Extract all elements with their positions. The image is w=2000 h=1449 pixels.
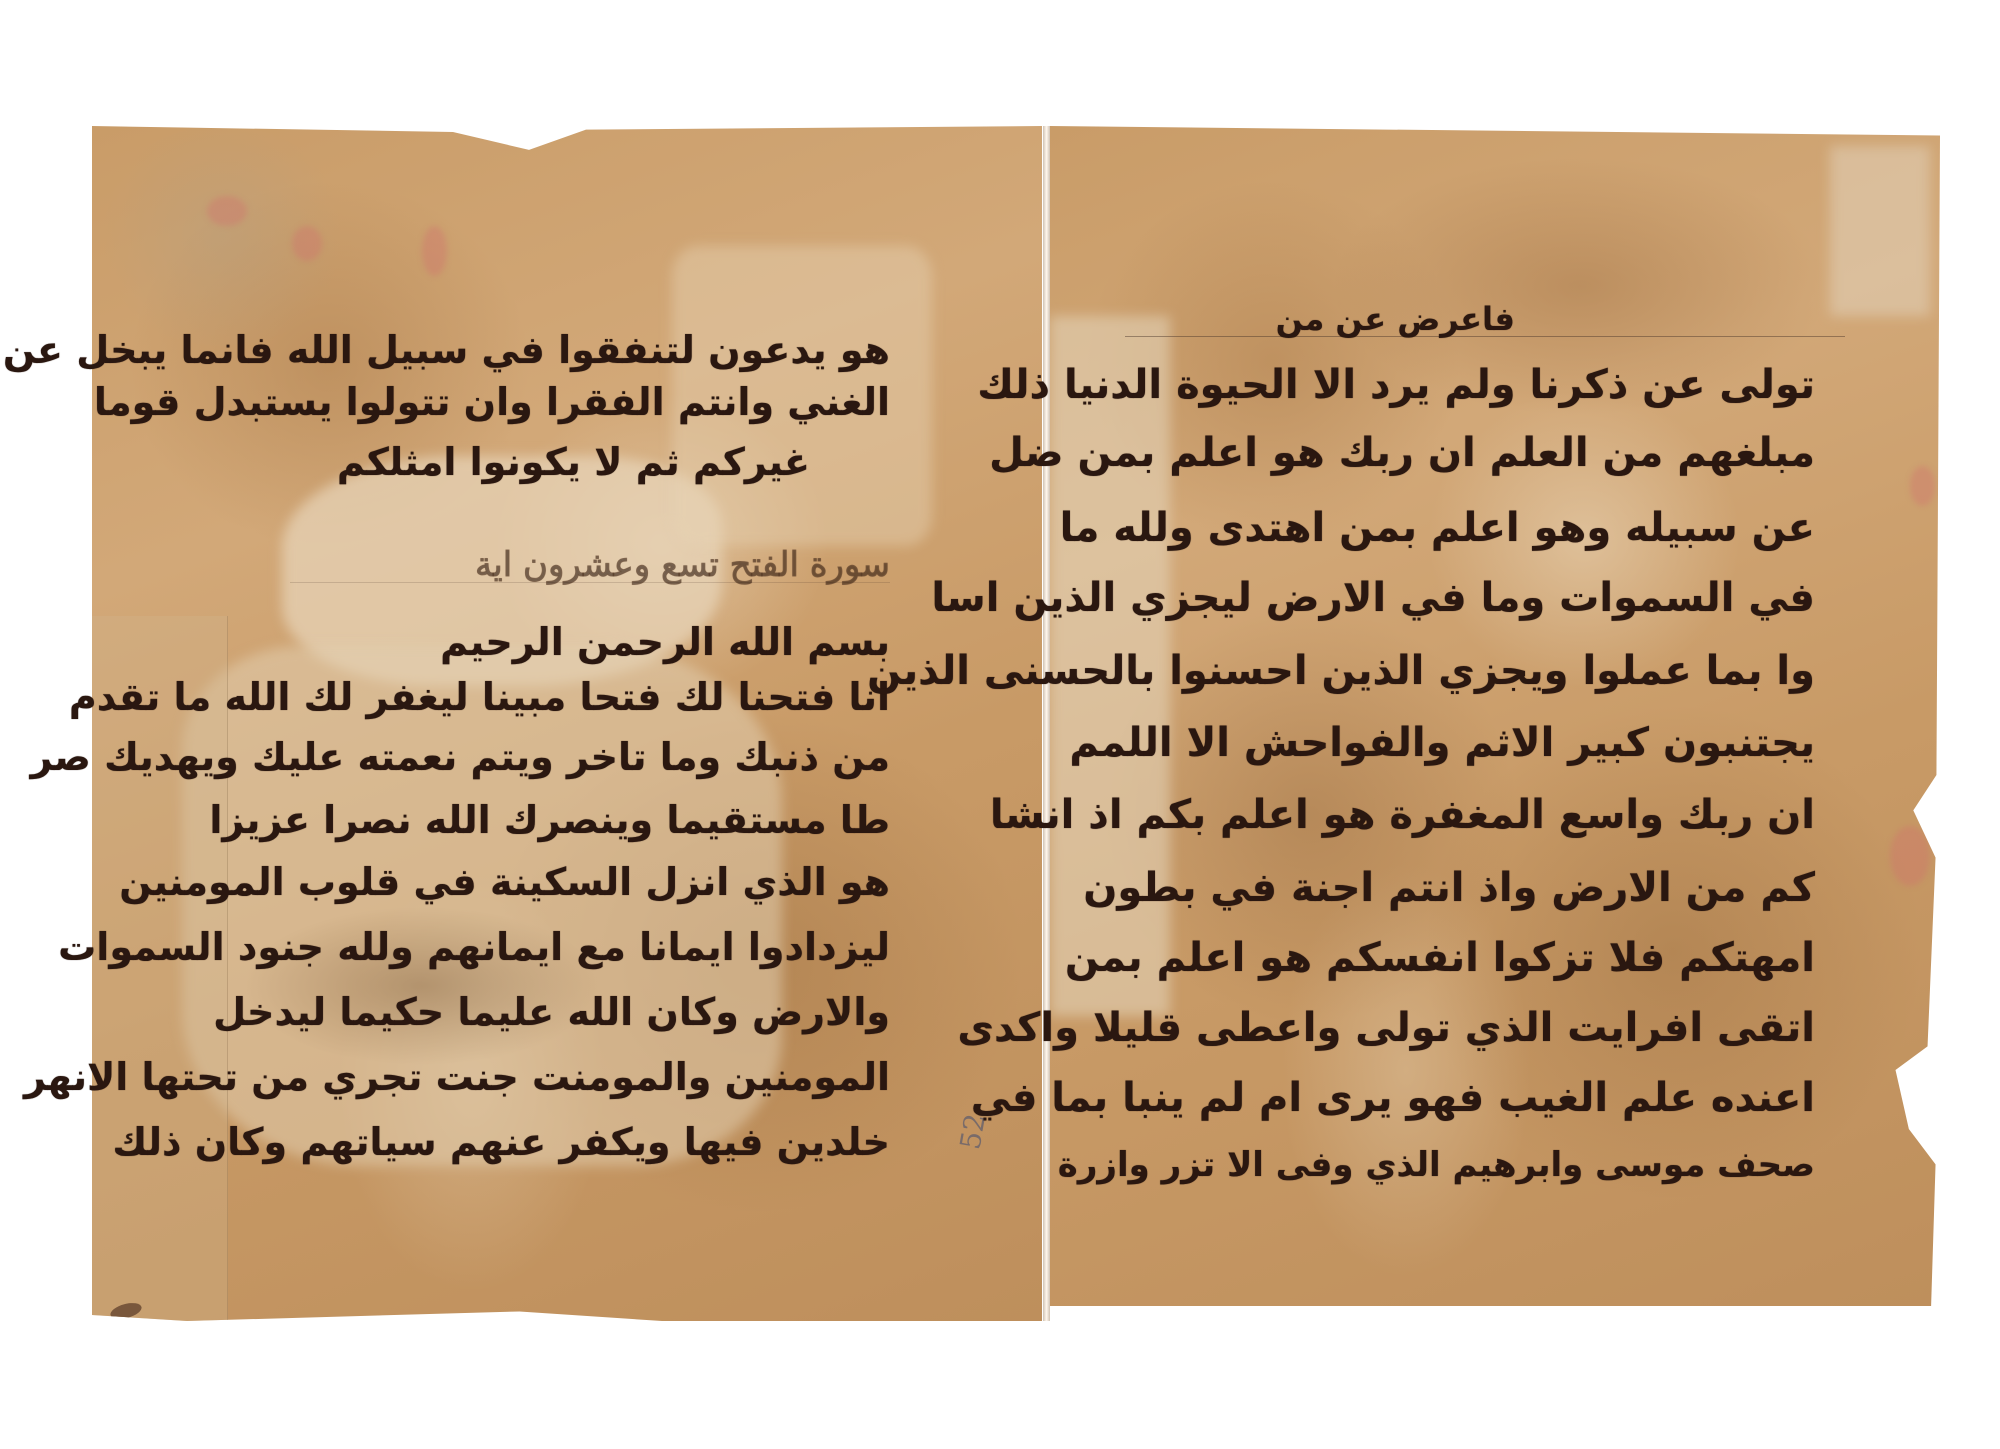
manuscript-bifolio: هو يدعون لتنفقوا في سبيل الله فانما يبخل… [0,0,2000,1449]
left-folio-text: هو يدعون لتنفقوا في سبيل الله فانما يبخل… [280,320,890,1200]
text-line: اتقى افرايت الذي تولى واعطى قليلا واكدى [957,1005,1815,1051]
text-line: ان ربك واسع المغفرة هو اعلم بكم اذ انشا [990,792,1815,838]
gutter-fold [1043,126,1050,1321]
text-line: المومنين والمومنت جنت تجري من تحتها الان… [24,1055,890,1099]
text-line: هو يدعون لتنفقوا في سبيل الله فانما يبخل… [0,328,890,372]
red-spot [422,226,447,276]
text-line: عن سبيله وهو اعلم بمن اهتدى ولله ما [1060,505,1815,551]
basmala-line: بسم الله الرحمن الرحيم [440,620,890,664]
right-folio-text: فاعرض عن من تولى عن ذكرنا ولم يرد الا ال… [1125,300,1815,1220]
red-spot [207,196,247,226]
red-spot [292,226,322,261]
text-line: اعنده علم الغيب فهو يرى ام لم ينبا بما ف… [971,1075,1815,1121]
text-line: امهتكم فلا تزكوا انفسكم هو اعلم بمن [1065,935,1815,981]
heading-fragment: فاعرض عن من [1276,300,1515,338]
text-line: وا بما عملوا ويجزي الذين احسنوا بالحسنى … [867,648,1815,694]
pale-abrasion [1830,146,1930,316]
text-line: صحف موسى وابرهيم الذي وفى الا تزر وازرة [1058,1145,1815,1185]
text-line: هو الذي انزل السكينة في قلوب المومنين [119,860,890,904]
text-line: الغني وانتم الفقرا وان تتولوا يستبدل قوم… [94,380,890,424]
surah-heading: سورة الفتح تسع وعشرون اية [475,545,890,585]
red-spot [1910,466,1935,506]
text-line: في السموات وما في الارض ليجزي الذين اسا [931,575,1815,621]
text-line: مبلغهم من العلم ان ربك هو اعلم بمن ضل [989,430,1815,476]
text-line: تولى عن ذكرنا ولم يرد الا الحيوة الدنيا … [977,362,1815,408]
text-line: من ذنبك وما تاخر ويتم نعمته عليك ويهديك … [31,735,890,779]
text-line: والارض وكان الله عليما حكيما ليدخل [213,990,890,1034]
red-spot [1890,826,1930,886]
text-line: انا فتحنا لك فتحا مبينا ليغفر لك الله ما… [69,675,890,719]
ink-blot [109,1300,144,1322]
text-line: ليزدادوا ايمانا مع ايمانهم ولله جنود الس… [58,925,890,969]
text-line: خلدين فيها ويكفر عنهم سياتهم وكان ذلك [112,1120,890,1164]
text-line: غيركم ثم لا يكونوا امثلكم [337,440,810,484]
text-line: كم من الارض واذ انتم اجنة في بطون [1083,865,1815,911]
text-line: يجتنبون كبير الاثم والفواحش الا اللمم [1069,720,1815,766]
text-line: طا مستقيما وينصرك الله نصرا عزيزا [209,798,890,842]
